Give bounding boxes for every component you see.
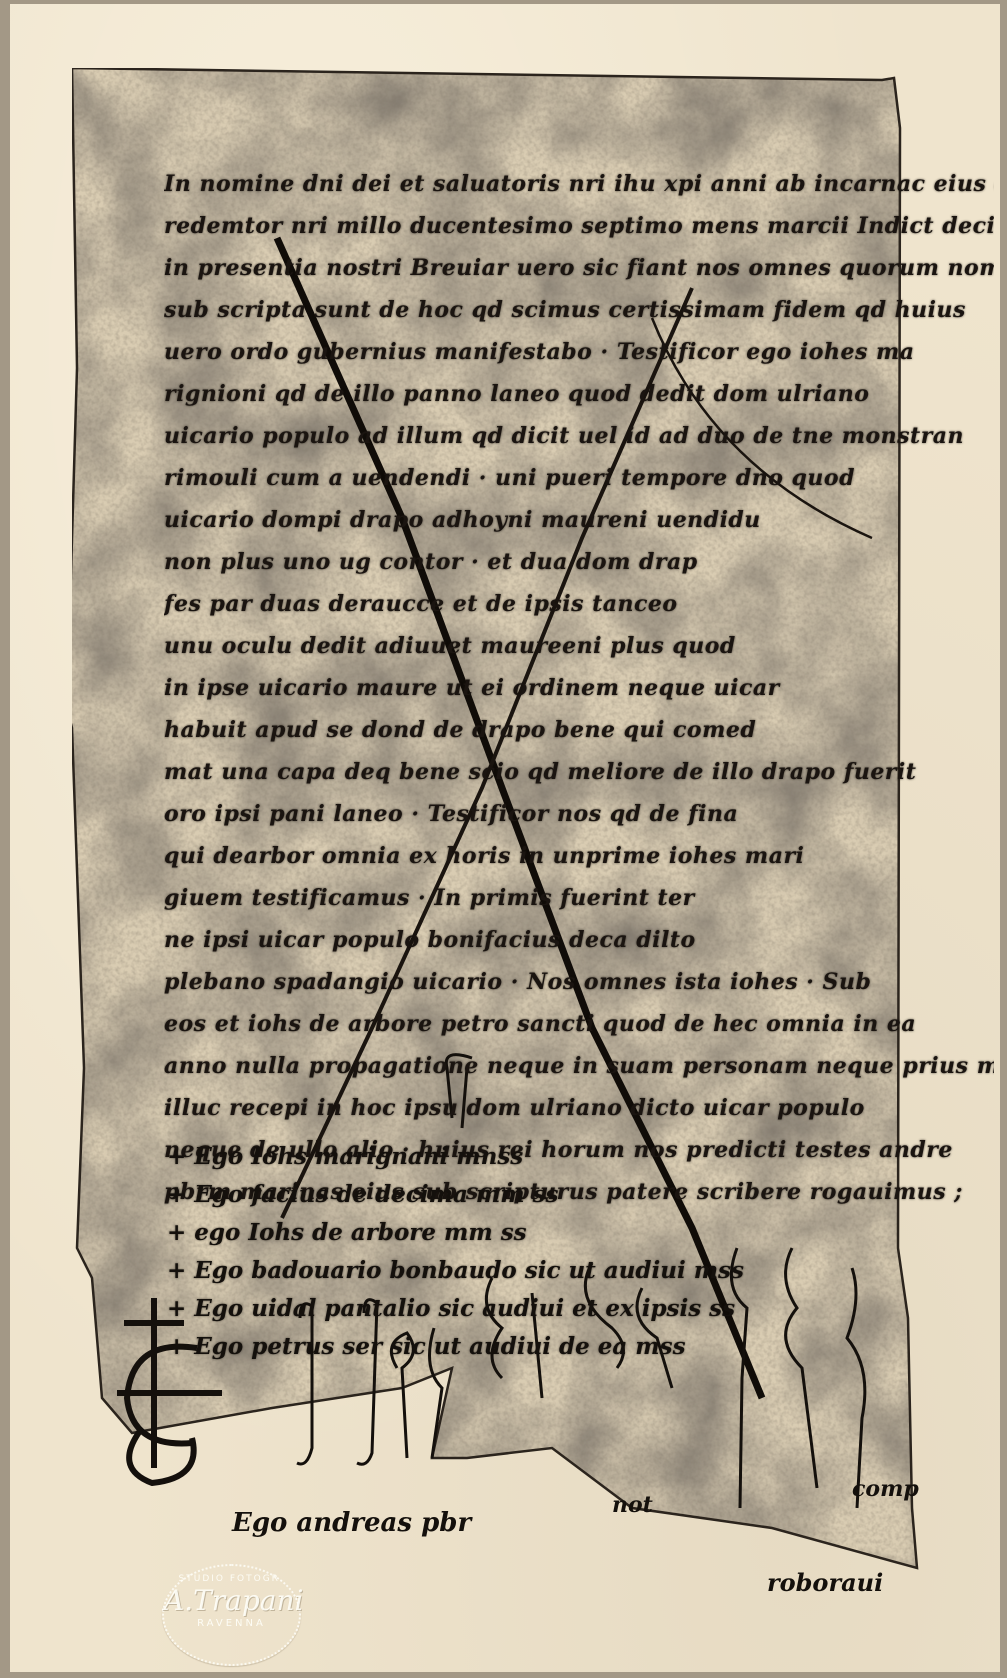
text-line: uicario dompi drapo adhoyni maureni uend…	[164, 499, 994, 541]
text-line: fes par duas deraucce et de ipsis tanceo	[164, 583, 994, 625]
embossed-photographer-stamp: STUDIO FOTOGR. A.Trapani RAVENNA	[162, 1564, 301, 1666]
text-line: non plus uno ug contor · et dua dom drap	[164, 541, 994, 583]
subscription-line: + Ego facius de decima mm ss	[167, 1176, 987, 1214]
text-line: in presentia nostri Breuiar uero sic fia…	[164, 247, 994, 289]
text-line: mat una capa deq bene scio qd meliore de…	[164, 751, 994, 793]
text-line: in ipse uicario maure ut ei ordinem nequ…	[164, 667, 994, 709]
text-line: illuc recepi in hoc ipsu dom ulriano dic…	[164, 1087, 994, 1129]
subscription-line: + Ego Iohs marignani mnss	[167, 1138, 987, 1176]
text-line: oro ipsi pani laneo · Testificor nos qd …	[164, 793, 994, 835]
text-line: redemtor nri millo ducentesimo septimo m…	[164, 205, 994, 247]
text-line: uicario populo ad illum qd dicit uel id …	[164, 415, 994, 457]
text-line: rignioni qd de illo panno laneo quod ded…	[164, 373, 994, 415]
text-line: rimouli cum a uendendi · uni pueri tempo…	[164, 457, 994, 499]
text-line: ne ipsi uicar populo bonifacius deca dil…	[164, 919, 994, 961]
text-line: uero ordo gubernius manifestabo · Testif…	[164, 331, 994, 373]
text-line: habuit apud se dond de drapo bene qui co…	[164, 709, 994, 751]
text-line: plebano spadangio uicario · Nos omnes is…	[164, 961, 994, 1003]
text-line: eos et iohs de arbore petro sancti quod …	[164, 1003, 994, 1045]
witness-subscriptions: + Ego Iohs marignani mnss + Ego facius d…	[167, 1138, 987, 1366]
notary-nota: not	[612, 1492, 653, 1518]
notary-roboraui: roboraui	[767, 1568, 883, 1597]
subscription-line: + Ego uidal pantalio sic audiui et ex ip…	[167, 1290, 987, 1328]
subscription-line: + Ego badouario bonbaudo sic ut audiui m…	[167, 1252, 987, 1290]
stamp-name: A.Trapani	[164, 1584, 299, 1618]
stamp-city: RAVENNA	[164, 1618, 299, 1629]
subscription-line: + Ego petrus ser sic ut audiui de ea mss	[167, 1328, 987, 1366]
notary-signature: Ego andreas pbr	[232, 1508, 471, 1538]
text-line: anno nulla propagatione neque in suam pe…	[164, 1045, 994, 1087]
text-line: qui dearbor omnia ex horis in unprime io…	[164, 835, 994, 877]
text-line: unu oculu dedit adiuuet maureeni plus qu…	[164, 625, 994, 667]
stamp-top-text: STUDIO FOTOGR.	[164, 1574, 299, 1584]
text-line: sub scripta sunt de hoc qd scimus certis…	[164, 289, 994, 331]
subscription-line: + ego Iohs de arbore mm ss	[167, 1214, 987, 1252]
charter-body-text: In nomine dni dei et saluatoris nri ihu …	[164, 163, 994, 1213]
photo-mount: In nomine dni dei et saluatoris nri ihu …	[10, 4, 1000, 1672]
notary-comp: comp	[852, 1476, 919, 1502]
text-line: giuem testificamus · In primis fuerint t…	[164, 877, 994, 919]
text-line: In nomine dni dei et saluatoris nri ihu …	[164, 163, 994, 205]
parchment-sheet: In nomine dni dei et saluatoris nri ihu …	[72, 68, 962, 1598]
